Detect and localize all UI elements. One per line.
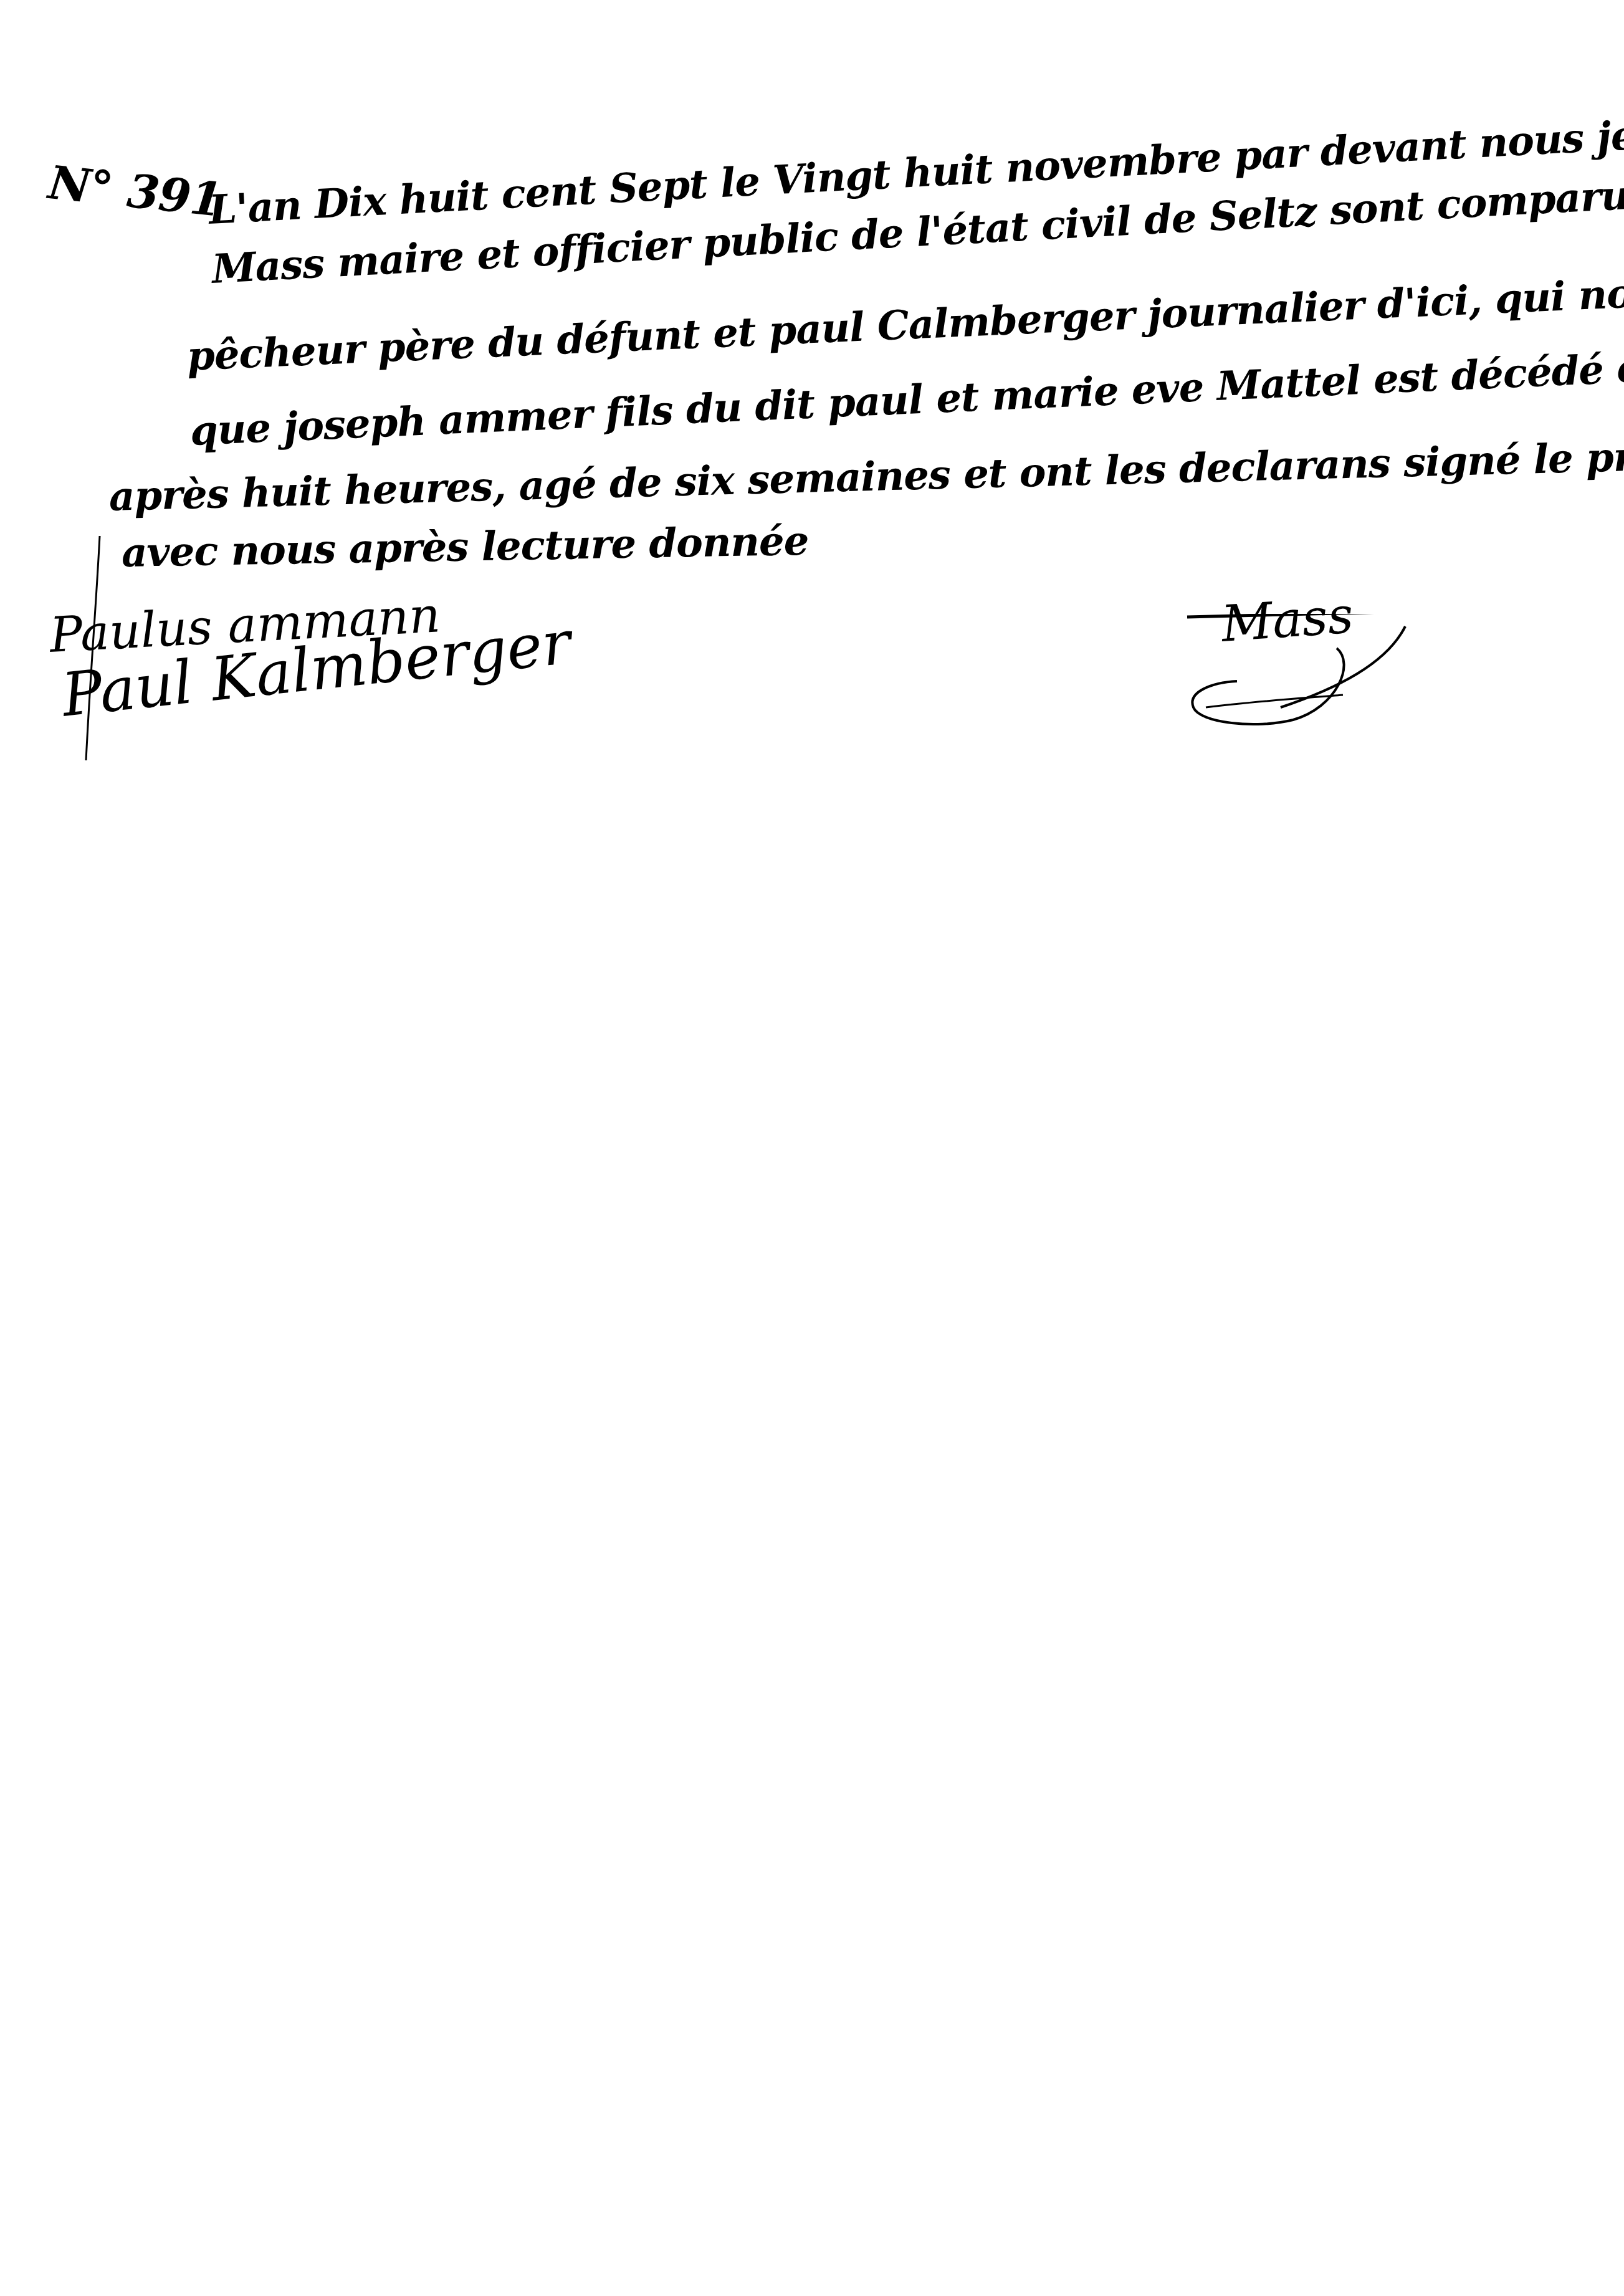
signature-flourish-icon [1181,614,1443,739]
record-text-line-6: avec nous après lecture donnée [121,518,809,576]
scanned-document-page: N° 391 L'an Dix huit cent Sept le Vingt … [0,0,1624,2296]
record-number: N° 391 [46,156,224,227]
